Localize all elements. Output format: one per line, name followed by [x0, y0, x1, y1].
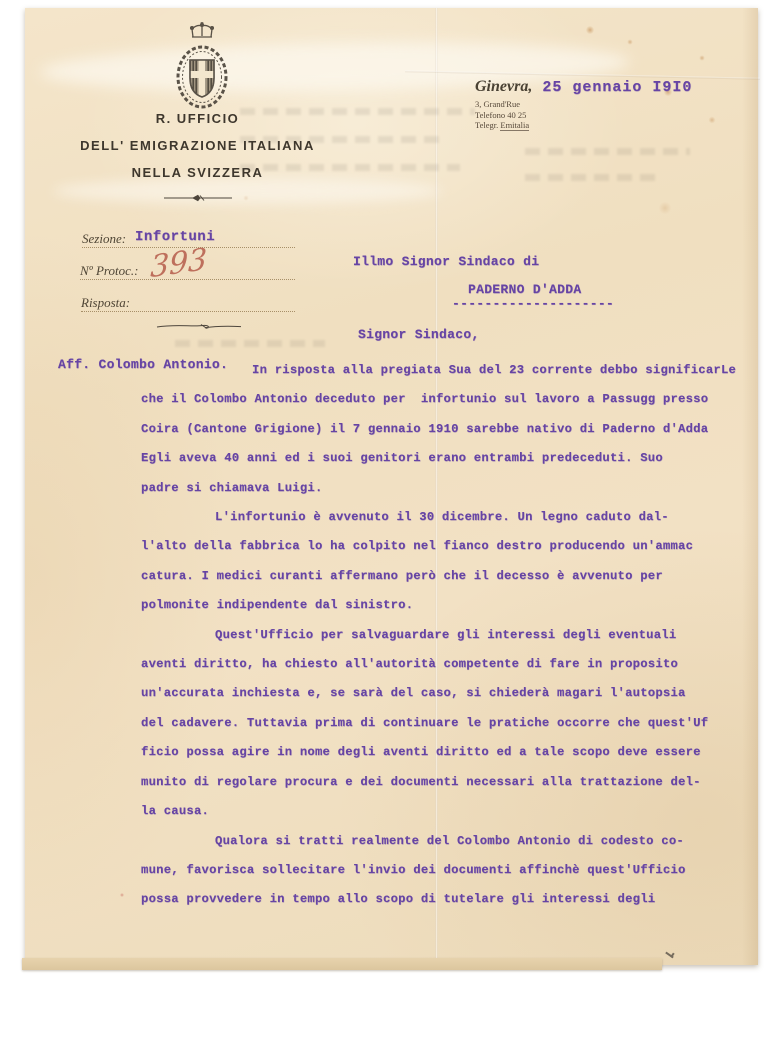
letterhead-telegraph: Telegr. Emitalia: [475, 120, 692, 131]
letter-paper: R. UFFICIO DELL' EMIGRAZIONE ITALIANA NE…: [25, 8, 758, 965]
body-line: Coira (Cantone Grigione) il 7 gennaio 19…: [141, 415, 756, 444]
body-line: possa provvedere in tempo allo scopo di …: [141, 885, 756, 914]
body-line: mune, favorisca sollecitare l'invio dei …: [141, 856, 756, 885]
ink-bleedthrough: [175, 340, 325, 347]
dateline-city: Ginevra,: [475, 78, 532, 95]
risposta-dotted-line: [81, 310, 295, 312]
letterhead-divider-ornament: [65, 192, 330, 205]
ink-bleedthrough: [525, 174, 655, 181]
body-line: del cadavere. Tuttavia prima di continua…: [141, 709, 756, 738]
body-line: la causa.: [141, 797, 756, 826]
body-line: padre si chiamava Luigi.: [141, 474, 756, 503]
body-line: Egli aveva 40 anni ed i suoi genitori er…: [141, 444, 756, 473]
recipient-line-2: PADERNO D'ADDA: [468, 282, 581, 297]
letterhead-office-name: R. UFFICIO DELL' EMIGRAZIONE ITALIANA NE…: [65, 108, 330, 205]
body-line: Qualora si tratti realmente del Colombo …: [141, 827, 756, 856]
body-line: che il Colombo Antonio deceduto per info…: [141, 385, 756, 414]
body-line: l'alto della fabbrica lo ha colpito nel …: [141, 532, 756, 561]
letterhead-line-1: R. UFFICIO: [65, 112, 330, 125]
scanned-letter-page: R. UFFICIO DELL' EMIGRAZIONE ITALIANA NE…: [0, 0, 768, 1056]
letterhead-telephone: Telefono 40 25: [475, 110, 692, 121]
salutation: Signor Sindaco,: [358, 327, 480, 342]
body-line: L'infortunio è avvenuto il 30 dicembre. …: [141, 503, 756, 532]
second-sheet-edge: [22, 958, 662, 970]
recipient-underline-dashes: --------------------: [452, 296, 614, 311]
pen-tick-mark: [665, 952, 674, 959]
recipient-line-1: Illmo Signor Sindaco di: [353, 254, 539, 269]
protocollo-label: Nº Protoc.:: [80, 263, 138, 279]
body-line: ficio possa agire in nome degli aventi d…: [141, 738, 756, 767]
letterhead-line-3: NELLA SVIZZERA: [65, 166, 330, 179]
sezione-label: Sezione:: [82, 231, 126, 247]
body-line: aventi diritto, ha chiesto all'autorità …: [141, 650, 756, 679]
body-line: In risposta alla pregiata Sua del 23 cor…: [141, 356, 756, 385]
body-line: Quest'Ufficio per salvaguardare gli inte…: [141, 621, 756, 650]
body-line: catura. I medici curanti affermano però …: [141, 562, 756, 591]
letterhead-street: 3, Grand'Rue: [475, 99, 692, 110]
letterhead-address-block: 3, Grand'Rue Telefono 40 25 Telegr. Emit…: [475, 99, 692, 131]
body-line: polmonite indipendente dal sinistro.: [141, 591, 756, 620]
letter-body: In risposta alla pregiata Sua del 23 cor…: [141, 356, 756, 915]
dateline-date: 25 gennaio I9I0: [542, 79, 692, 96]
flourish-ornament: [155, 318, 243, 336]
risposta-label: Risposta:: [81, 295, 130, 311]
dateline-block: Ginevra,25 gennaio I9I0 3, Grand'Rue Tel…: [475, 78, 692, 131]
body-line: un'accurata inchiesta e, se sarà del cas…: [141, 679, 756, 708]
savoy-coat-of-arms-icon: [171, 20, 233, 119]
ink-bleedthrough: [525, 148, 690, 155]
letterhead-line-2: DELL' EMIGRAZIONE ITALIANA: [65, 139, 330, 152]
body-line: munito di regolare procura e dei documen…: [141, 768, 756, 797]
